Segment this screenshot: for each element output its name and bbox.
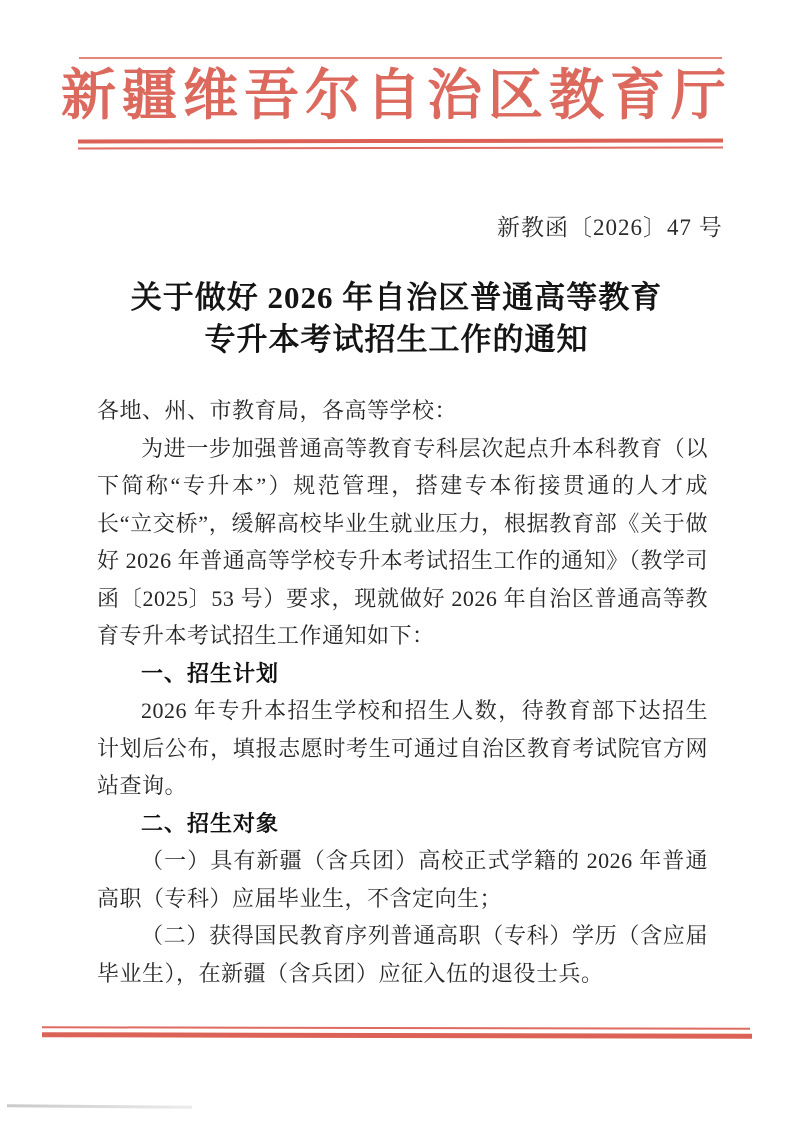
scan-shadow-artifact (7, 1104, 192, 1109)
section-heading-1: 一、招生计划 (97, 655, 708, 693)
body-paragraph: 2026 年专升本招生学校和招生人数，待教育部下达招生计划后公布，填报志愿时考生… (97, 692, 708, 805)
document-number: 新教函〔2026〕47 号 (497, 209, 723, 242)
footer-divider-thin (42, 1026, 750, 1029)
letterhead-divider-thin (78, 147, 723, 150)
official-document-page: 新疆维吾尔自治区教育厅 新教函〔2026〕47 号 关于做好 2026 年自治区… (0, 0, 793, 1121)
body-paragraph: （二）获得国民教育序列普通高职（专科）学历（含应届毕业生），在新疆（含兵团）应征… (97, 917, 708, 992)
salutation-line: 各地、州、市教育局，各高等学校： (97, 392, 708, 430)
document-title-line2: 专升本考试招生工作的通知 (205, 322, 589, 357)
letterhead-divider-thick (78, 139, 723, 144)
letterhead-org-name: 新疆维吾尔自治区教育厅 (0, 63, 793, 129)
letterhead-top-rule (79, 57, 722, 59)
section-heading-2: 二、招生对象 (97, 805, 708, 843)
body-paragraph: 为进一步加强普通高等教育专科层次起点升本科教育（以下简称“专升本”）规范管理，搭… (97, 430, 708, 655)
document-body: 各地、州、市教育局，各高等学校： 为进一步加强普通高等教育专科层次起点升本科教育… (97, 392, 708, 992)
document-title: 关于做好 2026 年自治区普通高等教育 专升本考试招生工作的通知 (0, 277, 793, 361)
body-paragraph: （一）具有新疆（含兵团）高校正式学籍的 2026 年普通高职（专科）应届毕业生，… (97, 842, 708, 917)
document-title-line1: 关于做好 2026 年自治区普通高等教育 (131, 280, 663, 315)
footer-divider-thick (42, 1032, 752, 1038)
